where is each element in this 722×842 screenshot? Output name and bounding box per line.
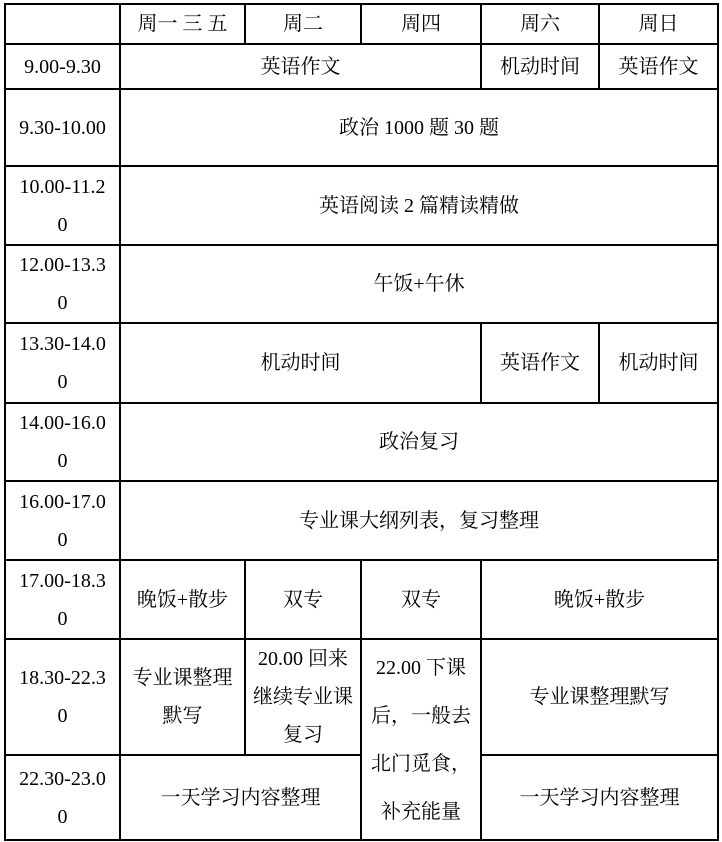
- schedule-cell: 专业课整理默写: [120, 639, 245, 755]
- time-cell: 10.00-11.20: [5, 166, 120, 245]
- time-cell: 13.30-14.00: [5, 323, 120, 403]
- schedule-cell: 英语作文: [120, 44, 481, 89]
- schedule-cell: 20.00 回来继续专业课复习: [245, 639, 361, 755]
- schedule-cell: 晚饭+散步: [481, 560, 718, 639]
- table-row: 17.00-18.30晚饭+散步双专双专晚饭+散步: [5, 560, 718, 639]
- schedule-cell: 专业课大纲列表，复习整理: [120, 481, 718, 560]
- day-header-thu: 周四: [361, 4, 481, 44]
- schedule-cell: 机动时间: [481, 44, 599, 89]
- schedule-cell: 机动时间: [120, 323, 481, 403]
- schedule-cell: 双专: [245, 560, 361, 639]
- time-cell: 9.30-10.00: [5, 89, 120, 166]
- schedule-cell: 一天学习内容整理: [481, 755, 718, 840]
- time-cell: 22.30-23.00: [5, 755, 120, 840]
- schedule-cell: 晚饭+散步: [120, 560, 245, 639]
- schedule-cell: 双专: [361, 560, 481, 639]
- schedule-cell: 机动时间: [599, 323, 718, 403]
- table-row: 9.00-9.30英语作文机动时间英语作文: [5, 44, 718, 89]
- table-row: 9.30-10.00政治 1000 题 30 题: [5, 89, 718, 166]
- corner-cell: [5, 4, 120, 44]
- schedule-cell: 政治 1000 题 30 题: [120, 89, 718, 166]
- day-header-sat: 周六: [481, 4, 599, 44]
- table-row: 12.00-13.30午饭+午休: [5, 245, 718, 323]
- time-cell: 16.00-17.00: [5, 481, 120, 560]
- table-row: 13.30-14.00机动时间英语作文机动时间: [5, 323, 718, 403]
- schedule-cell: 英语阅读 2 篇精读精做: [120, 166, 718, 245]
- schedule-cell: 午饭+午休: [120, 245, 718, 323]
- table-row: 18.30-22.30专业课整理默写20.00 回来继续专业课复习22.00 下…: [5, 639, 718, 755]
- day-header-tue: 周二: [245, 4, 361, 44]
- schedule-cell: 英语作文: [599, 44, 718, 89]
- table-row: 10.00-11.20英语阅读 2 篇精读精做: [5, 166, 718, 245]
- table-row: 16.00-17.00专业课大纲列表，复习整理: [5, 481, 718, 560]
- time-cell: 9.00-9.30: [5, 44, 120, 89]
- schedule-cell: 英语作文: [481, 323, 599, 403]
- day-header-mon-wed-fri: 周一 三 五: [120, 4, 245, 44]
- schedule-cell: 政治复习: [120, 403, 718, 481]
- schedule-body: 9.00-9.30英语作文机动时间英语作文9.30-10.00政治 1000 题…: [5, 44, 718, 840]
- study-schedule-table: 周一 三 五 周二 周四 周六 周日 9.00-9.30英语作文机动时间英语作文…: [4, 3, 719, 841]
- time-cell: 12.00-13.30: [5, 245, 120, 323]
- day-header-sun: 周日: [599, 4, 718, 44]
- schedule-cell: 专业课整理默写: [481, 639, 718, 755]
- time-cell: 18.30-22.30: [5, 639, 120, 755]
- time-cell: 17.00-18.30: [5, 560, 120, 639]
- header-row: 周一 三 五 周二 周四 周六 周日: [5, 4, 718, 44]
- time-cell: 14.00-16.00: [5, 403, 120, 481]
- schedule-cell: 一天学习内容整理: [120, 755, 361, 840]
- schedule-cell: 22.00 下课后，一般去北门觅食，补充能量: [361, 639, 481, 840]
- table-row: 14.00-16.00政治复习: [5, 403, 718, 481]
